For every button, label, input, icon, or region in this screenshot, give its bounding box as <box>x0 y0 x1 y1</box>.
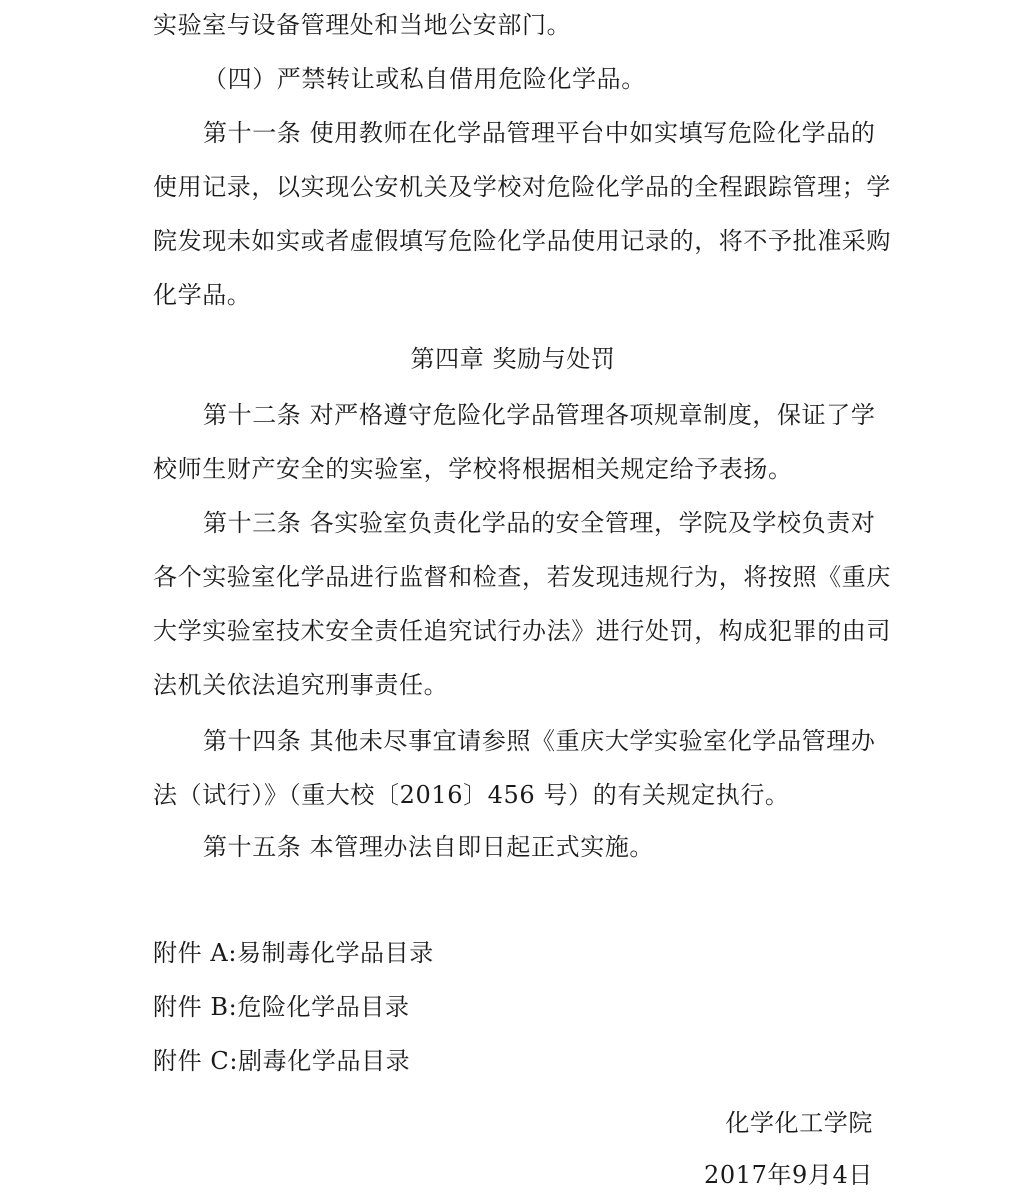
article-13-line-4: 法机关依法追究刑事责任。 <box>153 670 873 700</box>
article-13-line-1: 第十三条 各实验室负责化学品的安全管理，学院及学校负责对 <box>203 508 873 538</box>
continuation-line: 实验室与设备管理处和当地公安部门。 <box>153 10 873 40</box>
article-13-line-2: 各个实验室化学品进行监督和检查，若发现违规行为，将按照《重庆 <box>153 562 873 592</box>
article-11-line-4: 化学品。 <box>153 280 873 310</box>
chapter-title: 第四章 奖励与处罚 <box>153 344 873 374</box>
document-page: 实验室与设备管理处和当地公安部门。 （四）严禁转让或私自借用危险化学品。 第十一… <box>0 0 1024 1201</box>
attachment-a: 附件 A:易制毒化学品目录 <box>153 938 873 968</box>
article-11-line-3: 院发现未如实或者虚假填写危险化学品使用记录的，将不予批准采购 <box>153 226 873 256</box>
signature-date: 2017年9月4日 <box>153 1160 873 1190</box>
article-14-line-2: 法（试行）》（重大校〔2016〕456 号）的有关规定执行。 <box>153 780 873 810</box>
article-12-line-1: 第十二条 对严格遵守危险化学品管理各项规章制度，保证了学 <box>203 400 873 430</box>
signature-organization: 化学化工学院 <box>153 1108 873 1138</box>
article-15: 第十五条 本管理办法自即日起正式实施。 <box>203 832 873 862</box>
attachment-c: 附件 C:剧毒化学品目录 <box>153 1046 873 1076</box>
item-four: （四）严禁转让或私自借用危险化学品。 <box>203 64 873 94</box>
article-11-line-1: 第十一条 使用教师在化学品管理平台中如实填写危险化学品的 <box>203 118 873 148</box>
article-14-line-1: 第十四条 其他未尽事宜请参照《重庆大学实验室化学品管理办 <box>203 726 873 756</box>
article-12-line-2: 校师生财产安全的实验室，学校将根据相关规定给予表扬。 <box>153 454 873 484</box>
article-13-line-3: 大学实验室技术安全责任追究试行办法》进行处罚，构成犯罪的由司 <box>153 616 873 646</box>
attachment-b: 附件 B:危险化学品目录 <box>153 992 873 1022</box>
article-11-line-2: 使用记录，以实现公安机关及学校对危险化学品的全程跟踪管理；学 <box>153 172 873 202</box>
